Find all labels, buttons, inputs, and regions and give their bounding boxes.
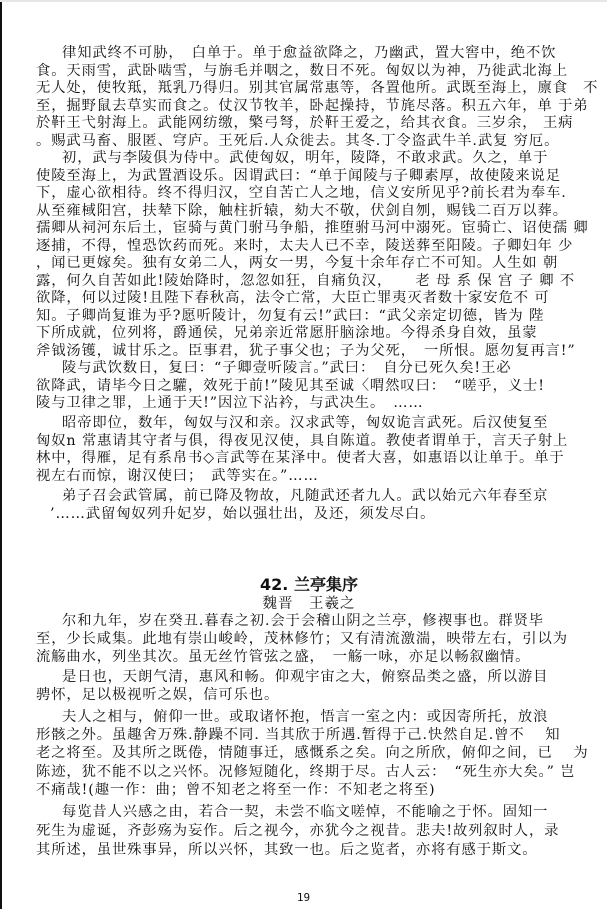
text-line: 孺卿从祠河东后土，宦骑与黄门驸马争船，推堕驸马河中溺死。宦骑亡、诏使孺 卿 (36, 219, 589, 237)
text-line: 无人处，使牧羝，羝乳乃得归。别其官属常惠等，各置他所。武既至海上，廪食 不 (36, 79, 598, 97)
text-line: 知。子卿尚复谁为乎?愿听陵计，勿复有云!”武曰：“武父亲定切德，皆为 陛 (36, 307, 544, 325)
text-line: 骋怀，足以极视听之娱，信可乐也。 (36, 686, 279, 704)
text-line: 露，何久自苦如此!陵始降时，忽忽如狂，自痛负汉， 老 母 系 保 宫 子 卿 不 (36, 272, 575, 290)
text-line: 下所成就，位列将，爵通侯，兄弟亲近常愿肝脑涂地。今得杀身自效，虽蒙 (36, 324, 538, 342)
text-line: 老之将至。及其所之既倦，情随事迁，感慨系之矣。向之所欣，俯仰之间，已 为 (36, 744, 589, 762)
text-line: 至，少长咸集。此地有崇山峻岭，茂林修竹；又有清流激湍，映带左右，引以为 (36, 630, 568, 648)
text-line: 斧钺汤镬，诚甘乐之。臣事君，犹子事父也；子为父死， 一所恨。愿勿复再言!” (36, 342, 576, 360)
text-line: 从至雍棫阳宫，扶辇下除，触柱折辕，劾大不敬，伏剑自刎，赐钱二百万以葬。 (36, 202, 568, 220)
text-line: 陵与卫律之罪，上通于天!”因泣下沾衿，与武决生。 …… (36, 394, 424, 412)
page-number: 19 (0, 891, 607, 904)
text-line: 尔和九年，岁在癸丑.暮春之初.会于会稽山阴之兰亭，修禊事也。群贤毕 (62, 612, 544, 630)
text-line: 弟子召会武管属，前已降及物故，凡随武还者九人。武以始元六年春至京 (62, 487, 548, 505)
text-line: ，闻已更嫁矣。独有女弟二人，两女一男，今复十余年存亡不可知。人生如 朝 (36, 254, 558, 272)
text-line: 律知武终不可胁， 白单于。单于愈益欲降之，乃幽武，置大窖中，绝不饮 (62, 44, 556, 62)
text-line: 其所述，虽世殊事异，所以兴怀，其致一也。后之览者，亦将有感于斯文。 (36, 841, 538, 859)
left-border (0, 2, 2, 909)
text-line: 使陵至海上，为武置酒设乐。因谓武曰：“单于闻陵与子卿素厚，故使陵来说足 (36, 167, 561, 185)
text-line: 初，武与李陵俱为侍中。武使匈奴，明年，陵降，不敢求武。久之，单于 (62, 149, 548, 167)
text-line: 不痛哉!(趣一作：曲；曾不知老之将至一作：不知老之将至) (36, 781, 436, 799)
text-line: 於靬王弋射海上。武能网纺缴，檠弓弩，於靬王爱之，给其衣食。三岁余， 王病 (36, 114, 573, 132)
text-line: 。赐武马畜、服匿、穹庐。王死后.人众徙去。其冬.丁令盗武牛羊.武复 穷厄。 (36, 132, 559, 150)
text-line: 昭帝即位，数年，匈奴与汉和亲。汉求武等，匈奴诡言武死。后汉使复至 (62, 414, 548, 432)
text-line: ’……武留匈奴列升妃岁，始以强壮出，及还，须发尽白。 (50, 505, 435, 523)
text-line: 下，虚心欲相待。终不得归汉，空自苦亡人之地，信义安所见乎?前长君为奉车. (36, 184, 567, 202)
text-line: 是日也，天朗气清，惠风和畅。仰观宇宙之大，俯察品类之盛，所以游目 (62, 668, 548, 686)
text-line: 陈迹，犹不能不以之兴怀。况修短随化，终期于尽。古人云： “死生亦大矣。” 岂 (36, 763, 575, 781)
text-line: 欲降武，请毕今日之驩，效死于前!”陵见其至诚〈喟然叹曰： “嗟乎，义士! (36, 377, 545, 395)
text-line: 林中，得雁，足有系帛书◇言武等在某泽中。使者大喜，如惠语以让单于。单于 (36, 449, 565, 467)
text-line: 至，掘野鼠去草实而食之。仗汉节牧羊，卧起操持，节旄尽落。积五六年，单 于弟 (36, 97, 589, 115)
text-line: 视左右而惊，谢汉使曰； 武等实在。”…… (36, 467, 319, 485)
text-line: 每览昔人兴感之由，若合一契，未尝不临文嗟悼，不能喻之于怀。固知一 (62, 803, 548, 821)
text-line: 流觞曲水，列坐其次。虽无丝竹管弦之盛， 一觞一咏，亦足以畅叙幽情。 (36, 648, 530, 666)
text-line: 形骸之外。虽趣舍万殊.静躁不同. 当其欣于所遇.暂得于己.快然自足.曾不 知 (36, 726, 560, 744)
text-line: 逐捕，不得，惶恐饮药而死。来时，太夫人已不幸，陵送葬至阳陵。子卿妇年 少 (36, 237, 573, 255)
text-line: 死生为虚诞，齐彭殇为妄作。后之视今，亦犹今之视昔。悲夫!故列叙时人，录 (36, 822, 559, 840)
text-line: 欲降，何以过陵!且陛下春秋高，法令亡常，大臣亡罪夷灭者数十家安危不 可 (36, 289, 550, 307)
text-line: 匈奴n 常惠请其守者与俱，得夜见汉使，具自陈道。教使者谓单于，言天子射上 (36, 432, 568, 450)
text-line: 夫人之相与，俯仰一世。或取诸怀抱，悟言一室之内：或因寄所托，放浪 (62, 708, 548, 726)
top-edge-strip (0, 0, 607, 2)
section-author: 魏晋 王羲之 (36, 592, 582, 613)
text-line: 食。天雨雪，武卧啮雪，与旃毛并咽之，数日不死。匈奴以为神，乃徙武北海上 (36, 62, 568, 80)
text-line: 陵与武饮数日，复曰：“子卿壹听陵言。”武曰： 自分已死久矣!王必 (62, 359, 511, 377)
